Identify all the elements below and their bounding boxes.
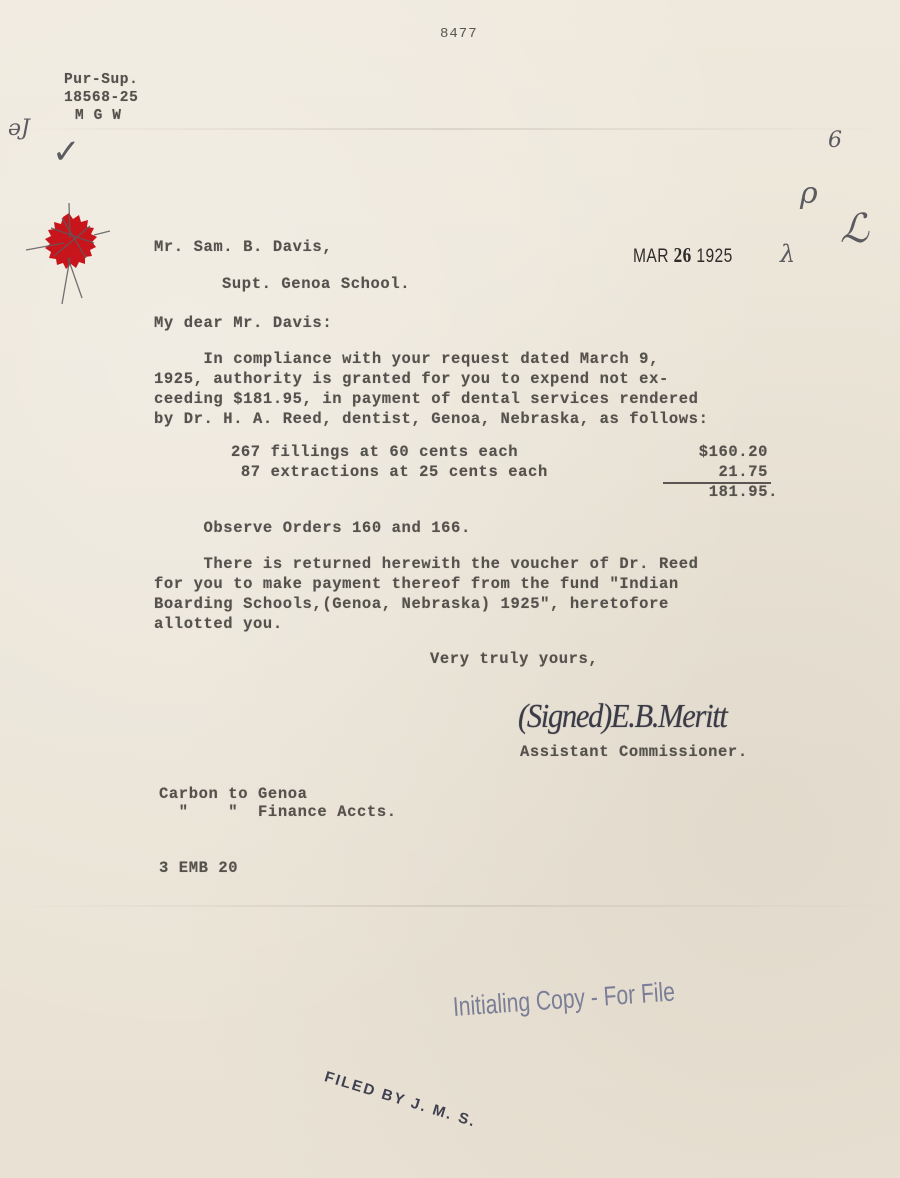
date-day: 26 <box>674 243 692 267</box>
file-reference-line2: 18568-25 <box>64 90 138 106</box>
body-paragraph3-line4: allotted you. <box>154 615 283 633</box>
addressee-name: Mr. Sam. B. Davis, <box>154 238 332 256</box>
margin-initial: ǝJ <box>8 116 30 141</box>
carbon-copy-line2: " " Finance Accts. <box>159 803 397 821</box>
filed-by-stamp: FILED BY J. M. S. <box>323 1068 479 1130</box>
body-paragraph3-line2: for you to make payment thereof from the… <box>154 575 679 593</box>
signature-stamp: (Signed)E.B.Meritt <box>518 698 727 736</box>
paper-fold <box>0 128 900 130</box>
margin-note-3: λ <box>780 240 795 268</box>
date-year: 1925 <box>696 246 732 267</box>
body-paragraph1-line4: by Dr. H. A. Reed, dentist, Genoa, Nebra… <box>154 410 708 428</box>
margin-note-4: ℒ <box>840 206 869 252</box>
margin-note-1: 6 <box>828 128 842 153</box>
letter-page: 8477 Pur-Sup. 18568-25 M G W ǝJ ✓ 6 ρ λ … <box>0 0 900 1178</box>
body-paragraph1-line1: In compliance with your request dated Ma… <box>154 350 659 368</box>
date-stamp: MAR 26 1925 <box>633 243 733 268</box>
item-description-extractions: 87 extractions at 25 cents each <box>231 463 548 481</box>
checkmark-icon: ✓ <box>52 132 81 172</box>
file-reference-line1: Pur-Sup. <box>64 72 138 88</box>
file-reference-line3: M G W <box>75 108 122 124</box>
body-paragraph1-line3: ceeding $181.95, in payment of dental se… <box>154 390 699 408</box>
signer-title: Assistant Commissioner. <box>520 743 748 761</box>
initialing-copy-stamp: Initialing Copy - For File <box>452 977 676 1023</box>
body-paragraph1-line2: 1925, authority is granted for you to ex… <box>154 370 669 388</box>
body-paragraph3-line3: Boarding Schools,(Genoa, Nebraska) 1925"… <box>154 595 669 613</box>
body-paragraph3-line1: There is returned herewith the voucher o… <box>154 555 699 573</box>
closing: Very truly yours, <box>430 650 598 668</box>
item-total: 181.95. <box>660 483 778 501</box>
paper-fold <box>0 905 900 907</box>
item-amount-extractions: 21.75 <box>660 463 768 481</box>
item-description-fillings: 267 fillings at 60 cents each <box>231 443 518 461</box>
typist-reference: 3 EMB 20 <box>159 859 238 877</box>
salutation: My dear Mr. Davis: <box>154 314 332 332</box>
item-amount-fillings: $160.20 <box>660 443 768 461</box>
body-paragraph2: Observe Orders 160 and 166. <box>154 519 471 537</box>
page-number: 8477 <box>440 26 478 42</box>
carbon-copy-line1: Carbon to Genoa <box>159 785 308 803</box>
red-seal-icon <box>24 198 114 308</box>
addressee-title: Supt. Genoa School. <box>222 275 410 293</box>
date-month: MAR <box>633 246 669 267</box>
margin-note-2: ρ <box>800 176 818 211</box>
